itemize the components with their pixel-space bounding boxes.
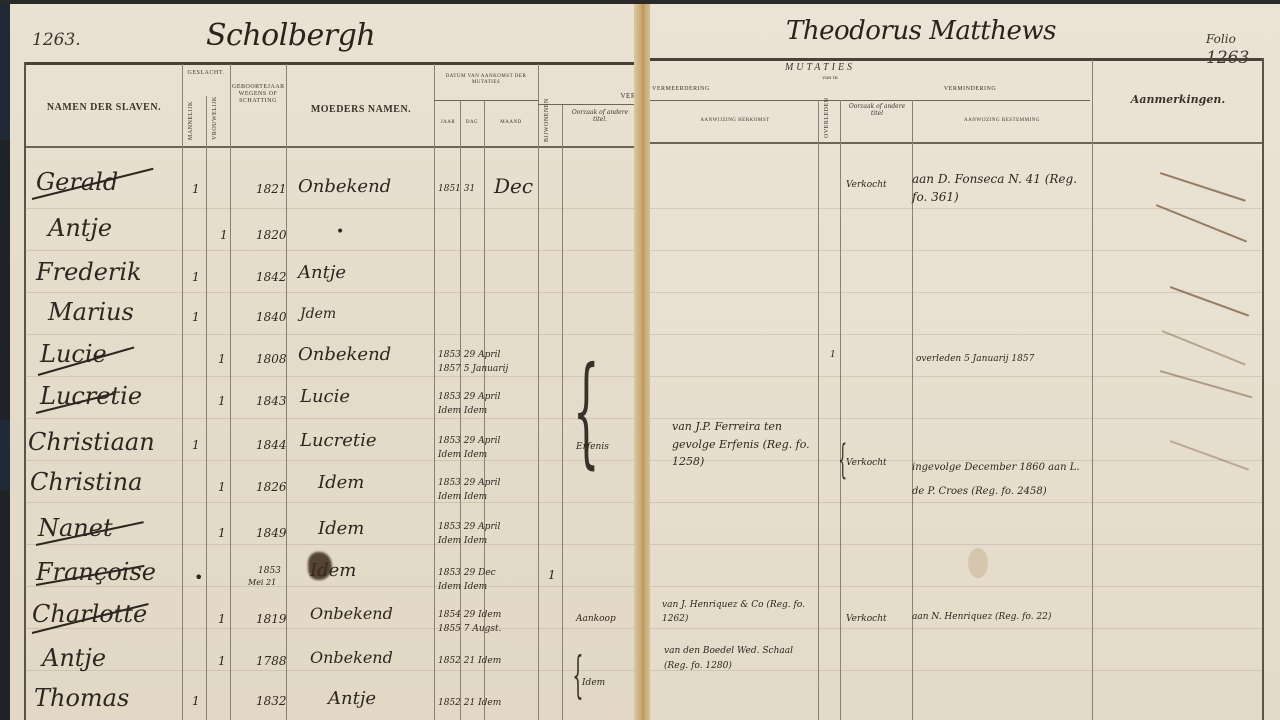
header-date-day: Dag: [460, 120, 484, 126]
birth-year: 1808: [256, 352, 287, 366]
gender-m: •: [194, 568, 203, 587]
mutation-date: 1853 29 April: [438, 478, 500, 488]
mutation-date-secondary: 1857 5 Januarij: [438, 364, 508, 374]
mother-name: Onbekend: [310, 604, 393, 623]
mother-name: Onbekend: [298, 176, 391, 197]
header-vermindering: VERMINDERING: [910, 86, 1030, 93]
remark-dash: [1156, 204, 1248, 243]
column-line: [840, 100, 841, 720]
header-vermeerdering: VERMEERDERING: [652, 86, 742, 93]
remark-dash: [1170, 440, 1250, 471]
gender-m: 1: [192, 694, 200, 708]
scan-top-edge: [0, 0, 1280, 4]
gender-m: 1: [192, 438, 200, 452]
mutation-date-secondary: Idem Idem: [438, 536, 487, 546]
slave-name: Antje: [42, 644, 106, 672]
column-line: [434, 64, 435, 720]
mother-name: Lucretie: [300, 430, 377, 451]
mother-name: Onbekend: [298, 344, 391, 365]
header-aanwijzing-bestemming: AANWIJZING BESTEMMING: [916, 118, 1088, 124]
mutation-month: Dec: [494, 174, 533, 198]
mutation-date: 1853 29 April: [438, 392, 500, 402]
header-subrule: [538, 104, 636, 105]
remark-dash: [1160, 370, 1253, 398]
header-bottom-rule: [650, 142, 1262, 144]
column-line: [230, 64, 231, 720]
mother-name: Antje: [298, 262, 346, 283]
header-mutaties-cause: Oorzaak of andere titel.: [566, 110, 634, 124]
slave-name: Lucretie: [40, 382, 142, 410]
mutation-date: 1852 21 Idem: [438, 698, 501, 708]
birth-year: 1819: [256, 612, 287, 626]
register-spread: 1263. Scholbergh NAMEN DER SLAVEN. GESLA…: [0, 0, 1280, 720]
mutation-date: 1853 29 Dec: [438, 568, 496, 578]
header-mutaties-sub: van in: [810, 76, 850, 82]
gender-f: 1: [218, 526, 226, 540]
column-line: [1262, 58, 1264, 720]
gender-m: 1: [192, 270, 200, 284]
destination-note: aan N. Henriquez (Reg. fo. 22): [912, 610, 1092, 624]
birth-year: 1832: [256, 694, 287, 708]
header-subrule: [650, 100, 1090, 101]
header-top-rule: [24, 62, 636, 65]
remark-dash: [1160, 172, 1246, 202]
mutation-date-secondary: 1855 7 Augst.: [438, 624, 502, 634]
column-line: [818, 100, 819, 720]
paper-stain: [968, 548, 988, 578]
herkomst-note: van J.P. Ferreira ten gevolge Erfenis (R…: [672, 418, 812, 471]
ink-blot: [308, 552, 332, 580]
column-line: [182, 64, 183, 720]
destination-note: overleden 5 Januarij 1857: [916, 354, 1034, 364]
left-page: 1263. Scholbergh NAMEN DER SLAVEN. GESLA…: [10, 0, 636, 720]
mother-name: Lucie: [300, 386, 350, 407]
gender-f: 1: [218, 654, 226, 668]
grouping-brace: {: [572, 650, 583, 700]
header-vermindering-col: Overleden: [824, 104, 831, 138]
right-page: Theodorus Matthews Folio 1263 MUTATIES v…: [650, 0, 1280, 720]
vermindering-cause: Verkocht: [846, 458, 887, 468]
mutation-date: 1853 29 April: [438, 436, 500, 446]
birth-year: 1844: [256, 438, 287, 452]
herkomst-note: van den Boedel Wed. Schaal (Reg. fo. 128…: [664, 644, 814, 675]
mother-name: Idem: [318, 518, 364, 539]
remark-dash: [1170, 286, 1250, 317]
gender-f: 1: [218, 612, 226, 626]
header-gender-f: Vrouwelijk: [212, 104, 219, 140]
header-names: NAMEN DER SLAVEN.: [28, 102, 180, 114]
mutation-date: 1853 29 April: [438, 522, 500, 532]
gender-f: 1: [218, 480, 226, 494]
birth-year: 1853: [258, 566, 281, 576]
gender-f: 1: [218, 352, 226, 366]
vermindering-cause: Verkocht: [846, 614, 887, 624]
left-folio-number: 1263.: [32, 30, 81, 50]
header-date-month: Maand: [484, 120, 538, 126]
grouping-brace: {: [838, 440, 847, 480]
header-date-year: Jaar: [436, 120, 460, 126]
header-birth-year: Geboortejaar Wegens of Schatting: [232, 84, 284, 105]
header-subrule: [434, 100, 538, 101]
header-vermindering-cause: Oorzaak of andere titel: [844, 104, 910, 118]
vermindering-count: 1: [830, 350, 836, 360]
header-gender-m: Mannelijk: [188, 104, 195, 140]
birth-year: 1820: [256, 228, 287, 242]
birth-year: 1821: [256, 182, 287, 196]
header-mothers: MOEDERS NAMEN.: [288, 104, 434, 116]
mutation-date-secondary: Idem Idem: [438, 450, 487, 460]
header-aanwijzing-herkomst: AANWIJZING HERKOMST: [660, 118, 810, 124]
birth-year: 1849: [256, 526, 287, 540]
slave-name: Christina: [30, 468, 142, 496]
mother-name: •: [336, 224, 344, 240]
gender-m: 1: [192, 182, 200, 196]
destination-note: aan D. Fonseca N. 41 (Reg. fo. 361): [912, 170, 1092, 206]
gender-f: 1: [220, 228, 228, 242]
header-ver-fragment: VER: [606, 92, 636, 100]
slave-name: Thomas: [34, 684, 129, 712]
mutation-date-secondary: Idem Idem: [438, 492, 487, 502]
header-mutaties: MUTATIES: [760, 62, 880, 74]
slave-name: Antje: [48, 214, 112, 242]
birth-year: 1788: [256, 654, 287, 668]
birth-date-detail: Mei 21: [248, 578, 276, 587]
birth-year: 1840: [256, 310, 287, 324]
vermindering-cause: Verkocht: [846, 180, 887, 190]
column-line: [1092, 60, 1093, 720]
slave-name: Gerald: [36, 168, 118, 196]
mutation-date: 1853 29 April: [438, 350, 500, 360]
column-line: [24, 62, 26, 720]
mutation-count: 1: [548, 568, 556, 582]
destination-note: ingevolge December 1860 aan L. de P. Cro…: [912, 456, 1082, 504]
header-remarks: Aanmerkingen.: [1094, 94, 1262, 107]
column-line: [206, 96, 207, 720]
right-folio-number: Folio 1263: [1206, 28, 1280, 68]
birth-year: 1843: [256, 394, 287, 408]
remark-dash: [1162, 330, 1246, 366]
mutation-date-secondary: Idem Idem: [438, 582, 487, 592]
left-owner-heading: Scholbergh: [206, 18, 375, 53]
grouping-brace: {: [573, 352, 600, 472]
slave-name: Frederik: [36, 258, 142, 286]
slave-name: Marius: [48, 298, 134, 326]
slave-name: Nanet: [38, 514, 113, 542]
mutation-cause: Erfenis: [576, 442, 609, 452]
header-bottom-rule: [24, 146, 636, 148]
mother-name: Onbekend: [310, 648, 393, 667]
mutation-cause: Aankoop: [576, 614, 616, 624]
mutation-date: 1852 21 Idem: [438, 656, 501, 666]
right-owner-heading: Theodorus Matthews: [786, 16, 1056, 46]
mother-name: Antje: [328, 688, 376, 709]
mother-name: Idem: [318, 472, 364, 493]
gender-f: 1: [218, 394, 226, 408]
slave-name: Charlotte: [32, 600, 147, 628]
herkomst-note: van J. Henriquez & Co (Reg. fo. 1262): [662, 598, 822, 627]
birth-year: 1842: [256, 270, 287, 284]
mother-name: Jdem: [300, 306, 336, 322]
mutation-date: 1854 29 Idem: [438, 610, 501, 620]
mutation-date: 1851 31: [438, 184, 475, 194]
mutation-date-secondary: Idem Idem: [438, 406, 487, 416]
gender-m: 1: [192, 310, 200, 324]
header-top-rule: [650, 58, 1262, 61]
slave-name: Christiaan: [28, 428, 155, 456]
header-date-group: DATUM VAN AANKOMST DER MUTATIES: [436, 74, 536, 86]
mutation-cause: Idem: [582, 678, 605, 688]
header-mutaties-col: Bijwonenen: [544, 108, 551, 142]
header-gender: GESLACHT.: [182, 70, 230, 77]
birth-year: 1826: [256, 480, 287, 494]
column-line: [538, 64, 539, 720]
